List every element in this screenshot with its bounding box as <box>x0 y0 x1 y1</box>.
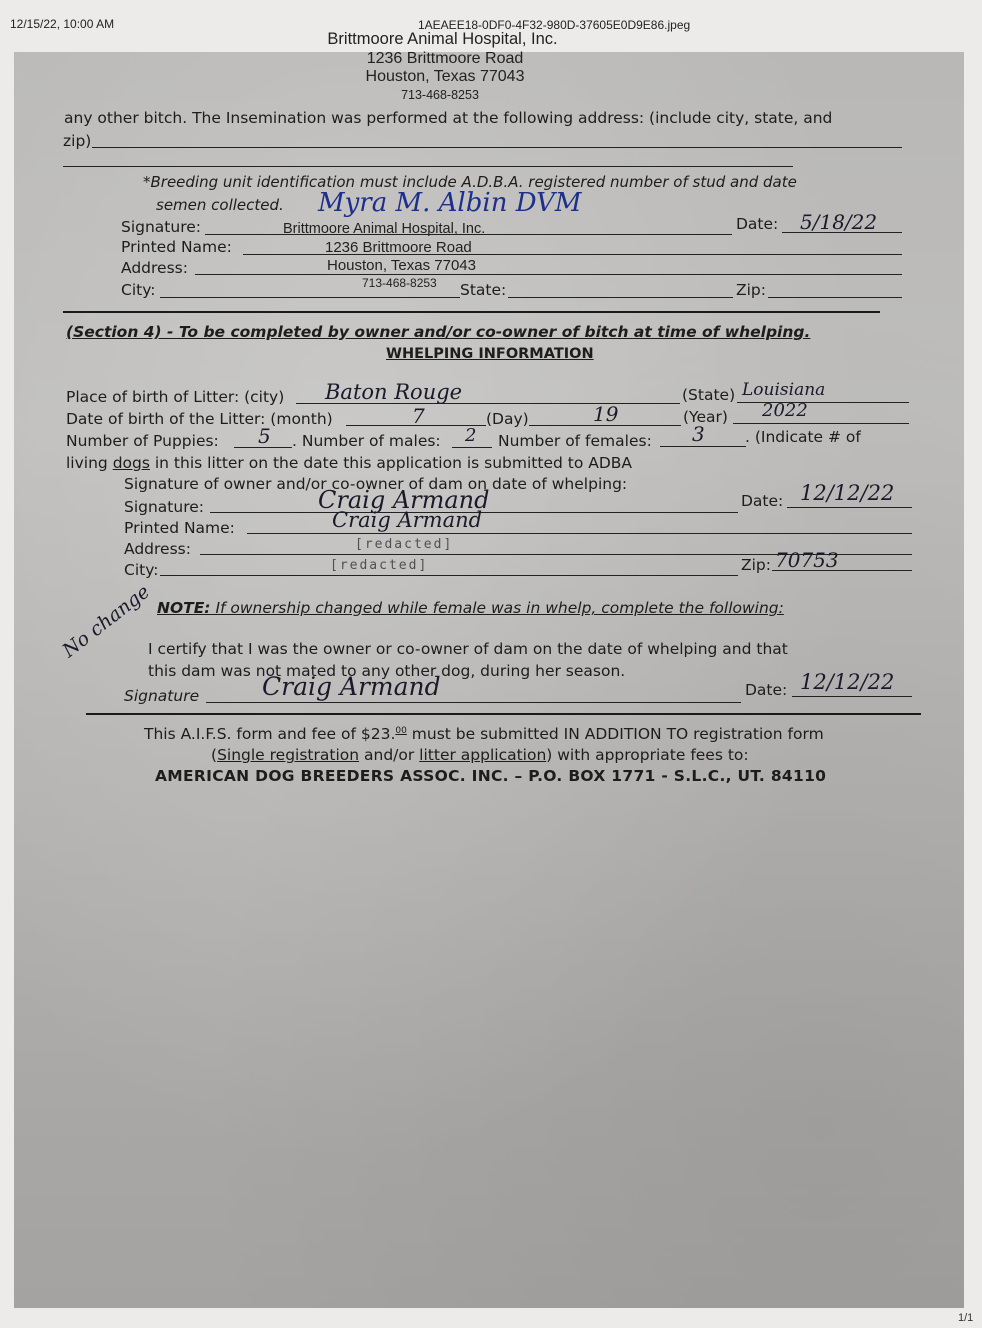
note-date-label: Date: <box>745 681 787 699</box>
day-label: (Day) <box>486 410 529 428</box>
vet-zip-line[interactable] <box>768 297 902 298</box>
fee-text: This A.I.F.S. form and fee of $23.00 mus… <box>144 725 824 743</box>
state-label: State: <box>460 281 506 299</box>
printed-name-stamp: 1236 Brittmoore Road <box>325 239 472 256</box>
males-value: 2 <box>465 425 476 446</box>
litter-application-link: litter application <box>419 746 546 764</box>
note-signature-line[interactable] <box>206 702 741 703</box>
owner-city-label: City: <box>124 561 158 579</box>
litter-city-value: Baton Rouge <box>325 380 462 404</box>
date-of-birth-label: Date of birth of the Litter: (month) <box>66 410 333 428</box>
hospital-name-stamp: Brittmoore Animal Hospital, Inc. <box>300 30 585 49</box>
printed-name-label: Printed Name: <box>121 238 232 256</box>
vet-handwritten-signature: Myra M. Albin DVM <box>318 188 582 218</box>
breeding-footnote-2: semen collected. <box>156 196 284 214</box>
registration-text: (Single registration and/or litter appli… <box>211 746 749 764</box>
females-line[interactable] <box>660 446 746 447</box>
note-date-line[interactable] <box>792 696 912 697</box>
vet-address-line[interactable] <box>195 274 902 275</box>
ownership-note: NOTE: If ownership changed while female … <box>157 599 784 617</box>
owner-date-line[interactable] <box>787 507 912 508</box>
note-divider <box>86 713 921 715</box>
vet-city-line[interactable] <box>160 297 460 298</box>
owner-address-redacted: [redacted] <box>355 537 453 552</box>
number-of-males-label: . Number of males: <box>292 432 441 450</box>
owner-zip-label: Zip: <box>741 556 771 574</box>
owner-printed-name-line[interactable] <box>247 533 912 534</box>
owner-zip-value: 70753 <box>775 548 839 572</box>
owner-signature-label: Signature: <box>124 498 204 516</box>
note-signature-value: Craig Armand <box>262 672 441 701</box>
whelping-information-heading: WHELPING INFORMATION <box>386 346 594 362</box>
owner-city-redacted: [redacted] <box>330 558 428 573</box>
city-stamp: 713-468-8253 <box>362 276 437 290</box>
males-line[interactable] <box>452 447 492 448</box>
print-timestamp: 12/15/22, 10:00 AM <box>10 17 114 31</box>
females-value: 3 <box>692 422 705 446</box>
section-divider <box>63 311 880 313</box>
owner-date-value: 12/12/22 <box>800 481 894 505</box>
date-label: Date: <box>736 215 778 233</box>
number-of-puppies-label: Number of Puppies: <box>66 432 219 450</box>
living-dogs-text: living dogs in this litter on the date t… <box>66 454 632 472</box>
place-of-birth-label: Place of birth of Litter: (city) <box>66 388 284 406</box>
owner-address-label: Address: <box>124 540 191 558</box>
hospital-phone-stamp: 713-468-8253 <box>360 88 520 102</box>
hospital-street-stamp: 1236 Brittmoore Road <box>330 50 560 68</box>
note-date-value: 12/12/22 <box>800 670 894 694</box>
state-label: (State) <box>682 386 735 404</box>
address-label: Address: <box>121 259 188 277</box>
address-stamp: Houston, Texas 77043 <box>327 257 476 274</box>
signature-label: Signature: <box>121 218 201 236</box>
owner-printed-name-label: Printed Name: <box>124 519 235 537</box>
litter-day-value: 19 <box>593 402 618 426</box>
owner-date-label: Date: <box>741 492 783 510</box>
vet-date-value: 5/18/22 <box>800 210 877 234</box>
note-signature-label: Signature <box>124 687 199 705</box>
vet-state-line[interactable] <box>508 297 733 298</box>
number-of-females-label: Number of females: <box>498 432 652 450</box>
signature-stamp: Brittmoore Animal Hospital, Inc. <box>283 221 485 237</box>
insemination-address-text: any other bitch. The Insemination was pe… <box>64 109 832 127</box>
adba-mailing-address: AMERICAN DOG BREEDERS ASSOC. INC. – P.O.… <box>155 767 826 785</box>
litter-state-value: Louisiana <box>742 380 825 400</box>
section4-heading: (Section 4) - To be completed by owner a… <box>66 323 810 341</box>
indicate-text: . (Indicate # of <box>745 428 861 446</box>
owner-printed-name-value: Craig Armand <box>332 508 482 532</box>
year-label: (Year) <box>683 408 728 426</box>
insemination-address-line-2[interactable] <box>63 166 793 167</box>
insemination-address-line-1[interactable] <box>92 147 902 148</box>
single-registration-link: Single registration <box>217 746 359 764</box>
litter-year-value: 2022 <box>762 400 808 421</box>
zip-label: zip) <box>63 132 91 150</box>
year-line[interactable] <box>733 423 909 424</box>
page-indicator: 1/1 <box>958 1312 973 1324</box>
certify-line-1: I certify that I was the owner or co-own… <box>148 640 788 658</box>
hospital-city-stamp: Houston, Texas 77043 <box>330 68 560 86</box>
zip-label-2: Zip: <box>736 281 766 299</box>
city-label: City: <box>121 281 155 299</box>
puppies-value: 5 <box>258 424 271 448</box>
litter-month-value: 7 <box>412 404 425 428</box>
owner-city-line[interactable] <box>160 575 738 576</box>
